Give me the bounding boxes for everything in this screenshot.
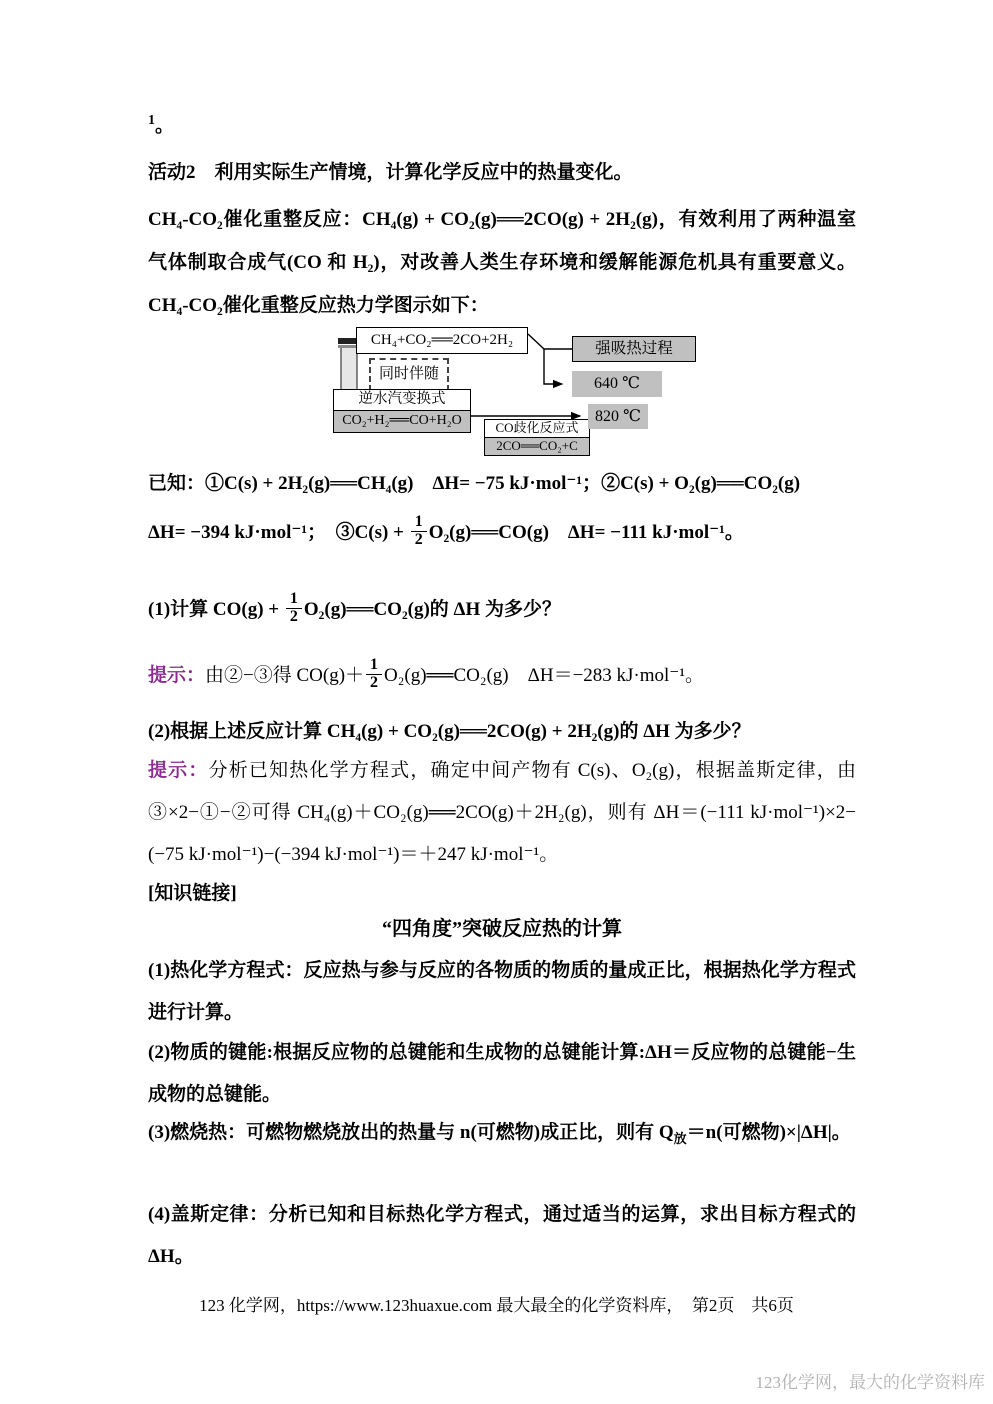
known-line2-post: O₂(g)══CO(g) ΔH= −111 kJ·mol⁻¹。 [429, 522, 744, 543]
knowledge-item-3: (3)燃烧热：可燃物燃烧放出的热量与 n(可燃物)成正比，则有 Q放＝n(可燃物… [148, 1112, 856, 1160]
hint-label: 提示： [148, 665, 205, 686]
leftover-punct: 。 [155, 115, 174, 136]
one-half-fraction: 12 [411, 514, 427, 549]
intro-paragraph: CH₄-CO₂催化重整反应：CH₄(g) + CO₂(g)══2CO(g) + … [148, 198, 856, 327]
leftover-line: 1。 [148, 106, 856, 141]
reverse-shift-title: 逆水汽变换式 [334, 390, 470, 410]
temp-820-box: 820 ℃ [588, 404, 648, 429]
knowledge-item-4: (4)盖斯定律：分析已知和目标热化学方程式，通过适当的运算，求出目标方程式的 Δ… [148, 1194, 856, 1278]
item3-subscript: 放 [674, 1131, 687, 1146]
hint2-text: 分析已知热化学方程式，确定中间产物有 C(s)、O₂(g)，根据盖斯定律，由③×… [148, 760, 856, 865]
item3-pre: (3)燃烧热：可燃物燃烧放出的热量与 n(可燃物)成正比，则有 Q [148, 1122, 674, 1143]
question-2: (2)根据上述反应计算 CH₄(g) + CO₂(g)══2CO(g) + 2H… [148, 712, 856, 752]
item3-post: ＝n(可燃物)×|ΔH|。 [687, 1122, 851, 1143]
known-equations-line1: 已知：①C(s) + 2H₂(g)══CH₄(g) ΔH= −75 kJ·mol… [148, 466, 856, 502]
activity-heading: 活动2 利用实际生产情境，计算化学反应中的热量变化。 [148, 155, 856, 191]
co-disproportionation-box: CO歧化反应式 2CO══CO₂+C [484, 419, 590, 456]
knowledge-item-1: (1)热化学方程式：反应热与参与反应的各物质的物质的量成正比，根据热化学方程式进… [148, 950, 856, 1034]
disproportionation-title: CO歧化反应式 [485, 420, 589, 437]
q1-post: O₂(g)══CO₂(g)的 ΔH 为多少？ [304, 599, 561, 620]
q1-pre: (1)计算 CO(g) + [148, 599, 284, 620]
leftover-superscript: 1 [148, 113, 155, 128]
page-footer: 123 化学网，https://www.123huaxue.com 最大最全的化… [0, 1292, 993, 1320]
hint1-pre: 由②−③得 CO(g)＋ [205, 665, 364, 686]
one-half-fraction: 12 [286, 591, 302, 626]
document-page: 1。 活动2 利用实际生产情境，计算化学反应中的热量变化。 CH₄-CO₂催化重… [0, 0, 993, 1404]
temp-640-box: 640 ℃ [572, 371, 662, 397]
reverse-shift-equation: CO₂+H₂══CO+H₂O [334, 410, 470, 432]
main-equation-box: CH₄+CO₂══2CO+2H₂ [356, 327, 528, 354]
known-line2-pre: ΔH= −394 kJ·mol⁻¹； ③C(s) + [148, 522, 409, 543]
knowledge-heading: “四角度”突破反应热的计算 [148, 911, 856, 947]
hint-2: 提示：分析已知热化学方程式，确定中间产物有 C(s)、O₂(g)，根据盖斯定律，… [148, 750, 856, 876]
watermark: 123化学网，最大的化学资料库 [756, 1371, 986, 1395]
accompany-box: 同时伴随 [369, 358, 449, 391]
question-1: (1)计算 CO(g) + 12O₂(g)══CO₂(g)的 ΔH 为多少？ [148, 578, 856, 642]
hint-1: 提示：由②−③得 CO(g)＋12O₂(g)══CO₂(g) ΔH＝−283 k… [148, 645, 856, 707]
knowledge-item-2: (2)物质的键能:根据反应物的总键能和生成物的总键能计算:ΔH＝反应物的总键能−… [148, 1032, 856, 1116]
disproportionation-equation: 2CO══CO₂+C [485, 437, 589, 455]
reverse-water-gas-shift-box: 逆水汽变换式 CO₂+H₂══CO+H₂O [333, 389, 471, 433]
known-equations-line2: ΔH= −394 kJ·mol⁻¹； ③C(s) + 12O₂(g)══CO(g… [148, 505, 856, 561]
hint-label: 提示： [148, 760, 209, 781]
one-half-fraction: 12 [366, 657, 382, 692]
knowledge-link-tag: [知识链接] [148, 876, 856, 912]
hint1-post: O₂(g)══CO₂(g) ΔH＝−283 kJ·mol⁻¹。 [384, 665, 704, 686]
reaction-scheme-diagram: CH₄+CO₂══2CO+2H₂ 强吸热过程 640 ℃ 同时伴随 逆水汽变换式… [296, 322, 702, 464]
strong-endothermic-box: 强吸热过程 [572, 336, 696, 362]
